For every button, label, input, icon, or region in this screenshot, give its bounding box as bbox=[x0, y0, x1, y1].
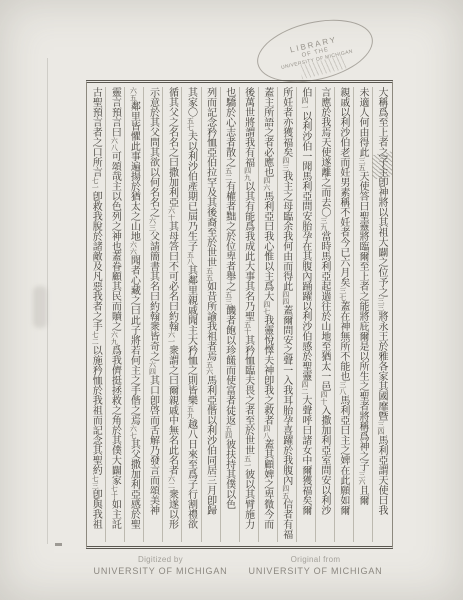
verse-number: 四八 bbox=[263, 425, 271, 439]
column-text: 伯 bbox=[300, 87, 311, 97]
column-text: 我靈悅懌夫神卽我之救者 bbox=[262, 315, 273, 425]
column-text: 衆遂以形 bbox=[166, 489, 177, 529]
verse-number: 七一 bbox=[91, 177, 99, 191]
text-column: 言應於我焉天使遂離之而去〇三九當時馬利亞起遄往於山地至猶太一邑四十入撒加利亞室問… bbox=[315, 87, 334, 542]
verse-number: 六六 bbox=[129, 241, 137, 255]
column-text: 示意於其父問其欲以何名名之 bbox=[147, 87, 158, 217]
column-text: 大聲呼曰諸女中爾獲福矣爾 bbox=[300, 395, 311, 515]
footer-original: Original from UNIVERSITY OF MICHIGAN bbox=[228, 555, 403, 576]
column-text: 鄰里皆懼此事遍揚於猶太之山地 bbox=[128, 101, 139, 241]
column-text: 循其父之名名之曰撒加利亞 bbox=[166, 87, 177, 207]
column-text: 如主託 bbox=[109, 499, 120, 529]
digitized-by-org: UNIVERSITY OF MICHIGAN bbox=[68, 566, 253, 576]
verse-number: 五一 bbox=[244, 455, 252, 469]
text-column: 古聖預言者之口所言七一卽救我脫於諸敵及凡惡我者之手七二以施矜恤於我祖而記念其聖約… bbox=[86, 87, 105, 542]
column-text: 聞者心藏之曰此子將若何主之手偕之焉 bbox=[128, 255, 139, 425]
column-text: 蓋主所語之者必應也 bbox=[262, 87, 273, 177]
text-column: 循其父之名名之曰撒加利亞六十其母答曰不可必名曰約翰六一衆謂之曰爾親戚中無名此名者… bbox=[162, 87, 181, 542]
column-text: 馬利亞曰我心惟以主爲大 bbox=[262, 191, 273, 301]
footer-digitized: Digitized by UNIVERSITY OF MICHIGAN bbox=[68, 555, 253, 576]
text-column: 示意於其父問其欲以何名名之六三父請簡書其名曰約翰衆皆奇之六四其口卽啓而舌解乃發言… bbox=[143, 87, 162, 542]
column-text: 可頌哉主以色列之神也蓋眷顧其民而贖之 bbox=[109, 151, 120, 331]
verse-number: 五三 bbox=[225, 291, 233, 305]
column-text: 入撒加利亞室問安以利沙 bbox=[319, 405, 330, 515]
text-column: 也驕於心志者散之五二有權者黜之於位卑者舉之五三饑者飽以珍饈而使富者徒返五四彼扶持… bbox=[220, 87, 239, 542]
column-text: 其母答曰不可必名曰約翰 bbox=[166, 221, 177, 331]
text-column: 其家〇五七夫以利沙伯產期已屆乃生子五八其鄰里親戚聞主大矜恤之則皆樂五九越八日來至… bbox=[181, 87, 200, 542]
verse-number: 四十 bbox=[320, 391, 328, 405]
verse-number: 三八 bbox=[339, 381, 347, 395]
column-text: 饑者飽以珍饈而使富者徒返 bbox=[224, 305, 235, 425]
column-text: 馬利亞謂天使曰我 bbox=[376, 435, 387, 515]
column-text: 彼扶持其僕以色 bbox=[224, 439, 235, 509]
text-column: 伯四一以利沙伯一聞馬利亞問安胎孕在其腹內踊躍以利沙伯感於聖靈四二大聲呼曰諸女中爾… bbox=[296, 87, 315, 542]
verse-number: 六三 bbox=[148, 217, 156, 231]
column-text: 未適人何由得此 bbox=[357, 87, 368, 157]
column-text: 且爾 bbox=[357, 485, 368, 505]
column-text: 以其有能爲我成此大事其名乃聖 bbox=[243, 181, 254, 321]
verse-number: 四九 bbox=[244, 167, 252, 181]
column-text: 當時馬利亞起遄往於山地至猶太一邑 bbox=[319, 231, 330, 391]
text-column: 大稱爲至上者之子主卽神將以其祖大闢之位予之三三將永王於雅各家其國靡曁三四馬利亞謂… bbox=[372, 87, 391, 542]
column-text: 信者有福 bbox=[281, 499, 292, 539]
verse-number: 七三 bbox=[91, 475, 99, 489]
column-text: 將永王於雅各家其國靡曁 bbox=[376, 311, 387, 421]
verse-number: 七二 bbox=[91, 331, 99, 345]
column-text: 其口卽啓而舌解乃發言而頌美神 bbox=[147, 375, 158, 515]
column-text: 其鄰里親戚聞主大矜恤之則皆樂 bbox=[186, 265, 197, 405]
verse-number: 六二 bbox=[167, 475, 175, 489]
verse-number: 四一 bbox=[301, 97, 309, 111]
verse-number: 六四 bbox=[148, 361, 156, 375]
verse-number: 三六 bbox=[358, 471, 366, 485]
column-text: 衆謂之曰爾親戚中無名此名者 bbox=[166, 345, 177, 475]
text-column: 列而記念矜恤亞伯拉罕及其後裔至於世世五五如昔所諭我祖者焉五六馬利亞偕以利沙伯同居… bbox=[201, 87, 220, 542]
corner-mark bbox=[55, 543, 62, 546]
digitized-by-label: Digitized by bbox=[68, 555, 253, 564]
verse-number: 四四 bbox=[282, 291, 290, 305]
column-text: 我主之母臨余我何由而得此 bbox=[281, 171, 292, 291]
verse-number: 五十 bbox=[244, 321, 252, 335]
verse-number: 五八 bbox=[187, 251, 195, 265]
column-text: 蓋在神無所不能也 bbox=[338, 301, 349, 381]
verse-number: 六九 bbox=[110, 331, 118, 345]
column-text: 所妊者亦獲福矣 bbox=[281, 87, 292, 157]
text-columns: 大稱爲至上者之子主卽神將以其祖大闢之位予之三三將永王於雅各家其國靡曁三四馬利亞謂… bbox=[88, 87, 391, 542]
column-text: 蓋爾問安之聲一入我耳胎孕喜躍於我腹內 bbox=[281, 305, 292, 485]
column-text: 蓋其顧婢之卑微今而 bbox=[262, 439, 273, 529]
verse-number: 四六 bbox=[263, 177, 271, 191]
column-text: 其矜恤臨夫畏之者至於世世 bbox=[243, 335, 254, 455]
column-text: 言應於我焉天使遂離之而去〇 bbox=[319, 87, 330, 217]
verse-number: 三三 bbox=[377, 297, 385, 311]
verse-number: 四七 bbox=[263, 301, 271, 315]
verse-number: 三九 bbox=[320, 217, 328, 231]
text-column: 蓋主所語之者必應也四六馬利亞曰我心惟以主爲大四七我靈悅懌夫神卽我之救者四八蓋其顧… bbox=[258, 87, 277, 542]
verse-number: 五四 bbox=[225, 425, 233, 439]
verse-number: 五五 bbox=[206, 267, 214, 281]
column-text: 古聖預言者之口所言 bbox=[90, 87, 101, 177]
verse-number: 四三 bbox=[282, 157, 290, 171]
column-text: 親戚以利沙伯老而妊男素稱不妊者今已六月矣 bbox=[338, 87, 349, 287]
column-text: 也驕於心志者散之 bbox=[224, 87, 235, 167]
column-text: 父請簡書其名曰約翰衆皆奇之 bbox=[147, 231, 158, 361]
column-text: 以施矜恤於我祖而記念其聖約 bbox=[90, 345, 101, 475]
verse-number: 三五 bbox=[358, 157, 366, 171]
column-text: 列而記念矜恤亞伯拉罕及其後裔至於世世 bbox=[205, 87, 216, 267]
column-text: 靈言預言曰 bbox=[109, 87, 120, 137]
verse-number: 五二 bbox=[225, 167, 233, 181]
verse-number: 六五 bbox=[129, 87, 137, 101]
text-column: 六五鄰里皆懼此事遍揚於猶太之山地六六聞者心藏之曰此子將若何主之手偕之焉六七其父撒… bbox=[124, 87, 143, 542]
text-column: 親戚以利沙伯老而妊男素稱不妊者今已六月矣三七蓋在神無所不能也三八馬利亞曰主之婢在… bbox=[334, 87, 353, 542]
verse-number: 五六 bbox=[206, 361, 214, 375]
column-text: 爲我儕挺拯救之角於其僕大闢家 bbox=[109, 345, 120, 485]
column-text: 卽救我脫於諸敵及凡惡我者之手 bbox=[90, 191, 101, 331]
text-column: 所妊者亦獲福矣四三我主之母臨余我何由而得此四四蓋爾問安之聲一入我耳胎孕喜躍於我腹… bbox=[277, 87, 296, 542]
column-text: 以利沙伯一聞馬利亞問安胎孕在其腹內踊躍以利沙伯感於聖靈 bbox=[300, 111, 311, 381]
verse-number: 四二 bbox=[301, 381, 309, 395]
column-text: 有權者黜之於位卑者舉之 bbox=[224, 181, 235, 291]
text-column: 後萬世將謂我有福四九以其有能爲我成此大事其名乃聖五十其矜恤臨夫畏之者至於世世五一… bbox=[239, 87, 258, 542]
column-text: 其父撒加利亞感於聖 bbox=[128, 439, 139, 529]
column-text: 後萬世將謂我有福 bbox=[243, 87, 254, 167]
verse-number: 五九 bbox=[187, 405, 195, 419]
original-from-label: Original from bbox=[228, 555, 403, 564]
text-column: 靈言預言曰六八可頌哉主以色列之神也蓋眷顧其民而贖之六九爲我儕挺拯救之角於其僕大闢… bbox=[105, 87, 124, 542]
ink-bleed-smudge bbox=[33, 286, 47, 328]
column-text: 天使答曰聖靈將臨爾至上者之能將庇爾是以所生之聖者將稱爲神之子 bbox=[357, 171, 368, 471]
verse-number: 三七 bbox=[339, 287, 347, 301]
column-text: 彼以其臂施力 bbox=[243, 469, 254, 529]
verse-number: 五七 bbox=[187, 117, 195, 131]
page-gutter-shadow bbox=[47, 58, 48, 544]
verse-number: 六一 bbox=[167, 331, 175, 345]
column-text: 夫以利沙伯產期已屆乃生子 bbox=[186, 131, 197, 251]
verse-number: 六十 bbox=[167, 207, 175, 221]
verse-number: 六八 bbox=[110, 137, 118, 151]
text-column: 未適人何由得此三五天使答曰聖靈將臨爾至上者之能將庇爾是以所生之聖者將稱爲神之子三… bbox=[353, 87, 372, 542]
column-text: 馬利亞偕以利沙伯同居三月卽歸 bbox=[205, 375, 216, 515]
verse-number: 三四 bbox=[377, 421, 385, 435]
column-text: 馬利亞曰主之婢在此願如爾 bbox=[338, 395, 349, 515]
verse-number: 七十 bbox=[110, 485, 118, 499]
column-text: 卽與我祖 bbox=[90, 489, 101, 529]
scanned-book-page: LIBRARY OF THE UNIVERSITY OF MICHIGAN 大稱… bbox=[0, 0, 463, 600]
column-text: 如昔所諭我祖者焉 bbox=[205, 281, 216, 361]
text-frame: 大稱爲至上者之子主卽神將以其祖大闢之位予之三三將永王於雅各家其國靡曁三四馬利亞謂… bbox=[86, 80, 393, 549]
verse-number: 四五 bbox=[282, 485, 290, 499]
column-text: 大稱爲至上者之子主卽神將以其祖大闢之位予之 bbox=[376, 87, 387, 297]
verse-number: 六七 bbox=[129, 425, 137, 439]
column-text: 越八日來至爲子行割禮欲 bbox=[186, 419, 197, 529]
original-from-org: UNIVERSITY OF MICHIGAN bbox=[228, 566, 403, 576]
column-text: 其家〇 bbox=[186, 87, 197, 117]
